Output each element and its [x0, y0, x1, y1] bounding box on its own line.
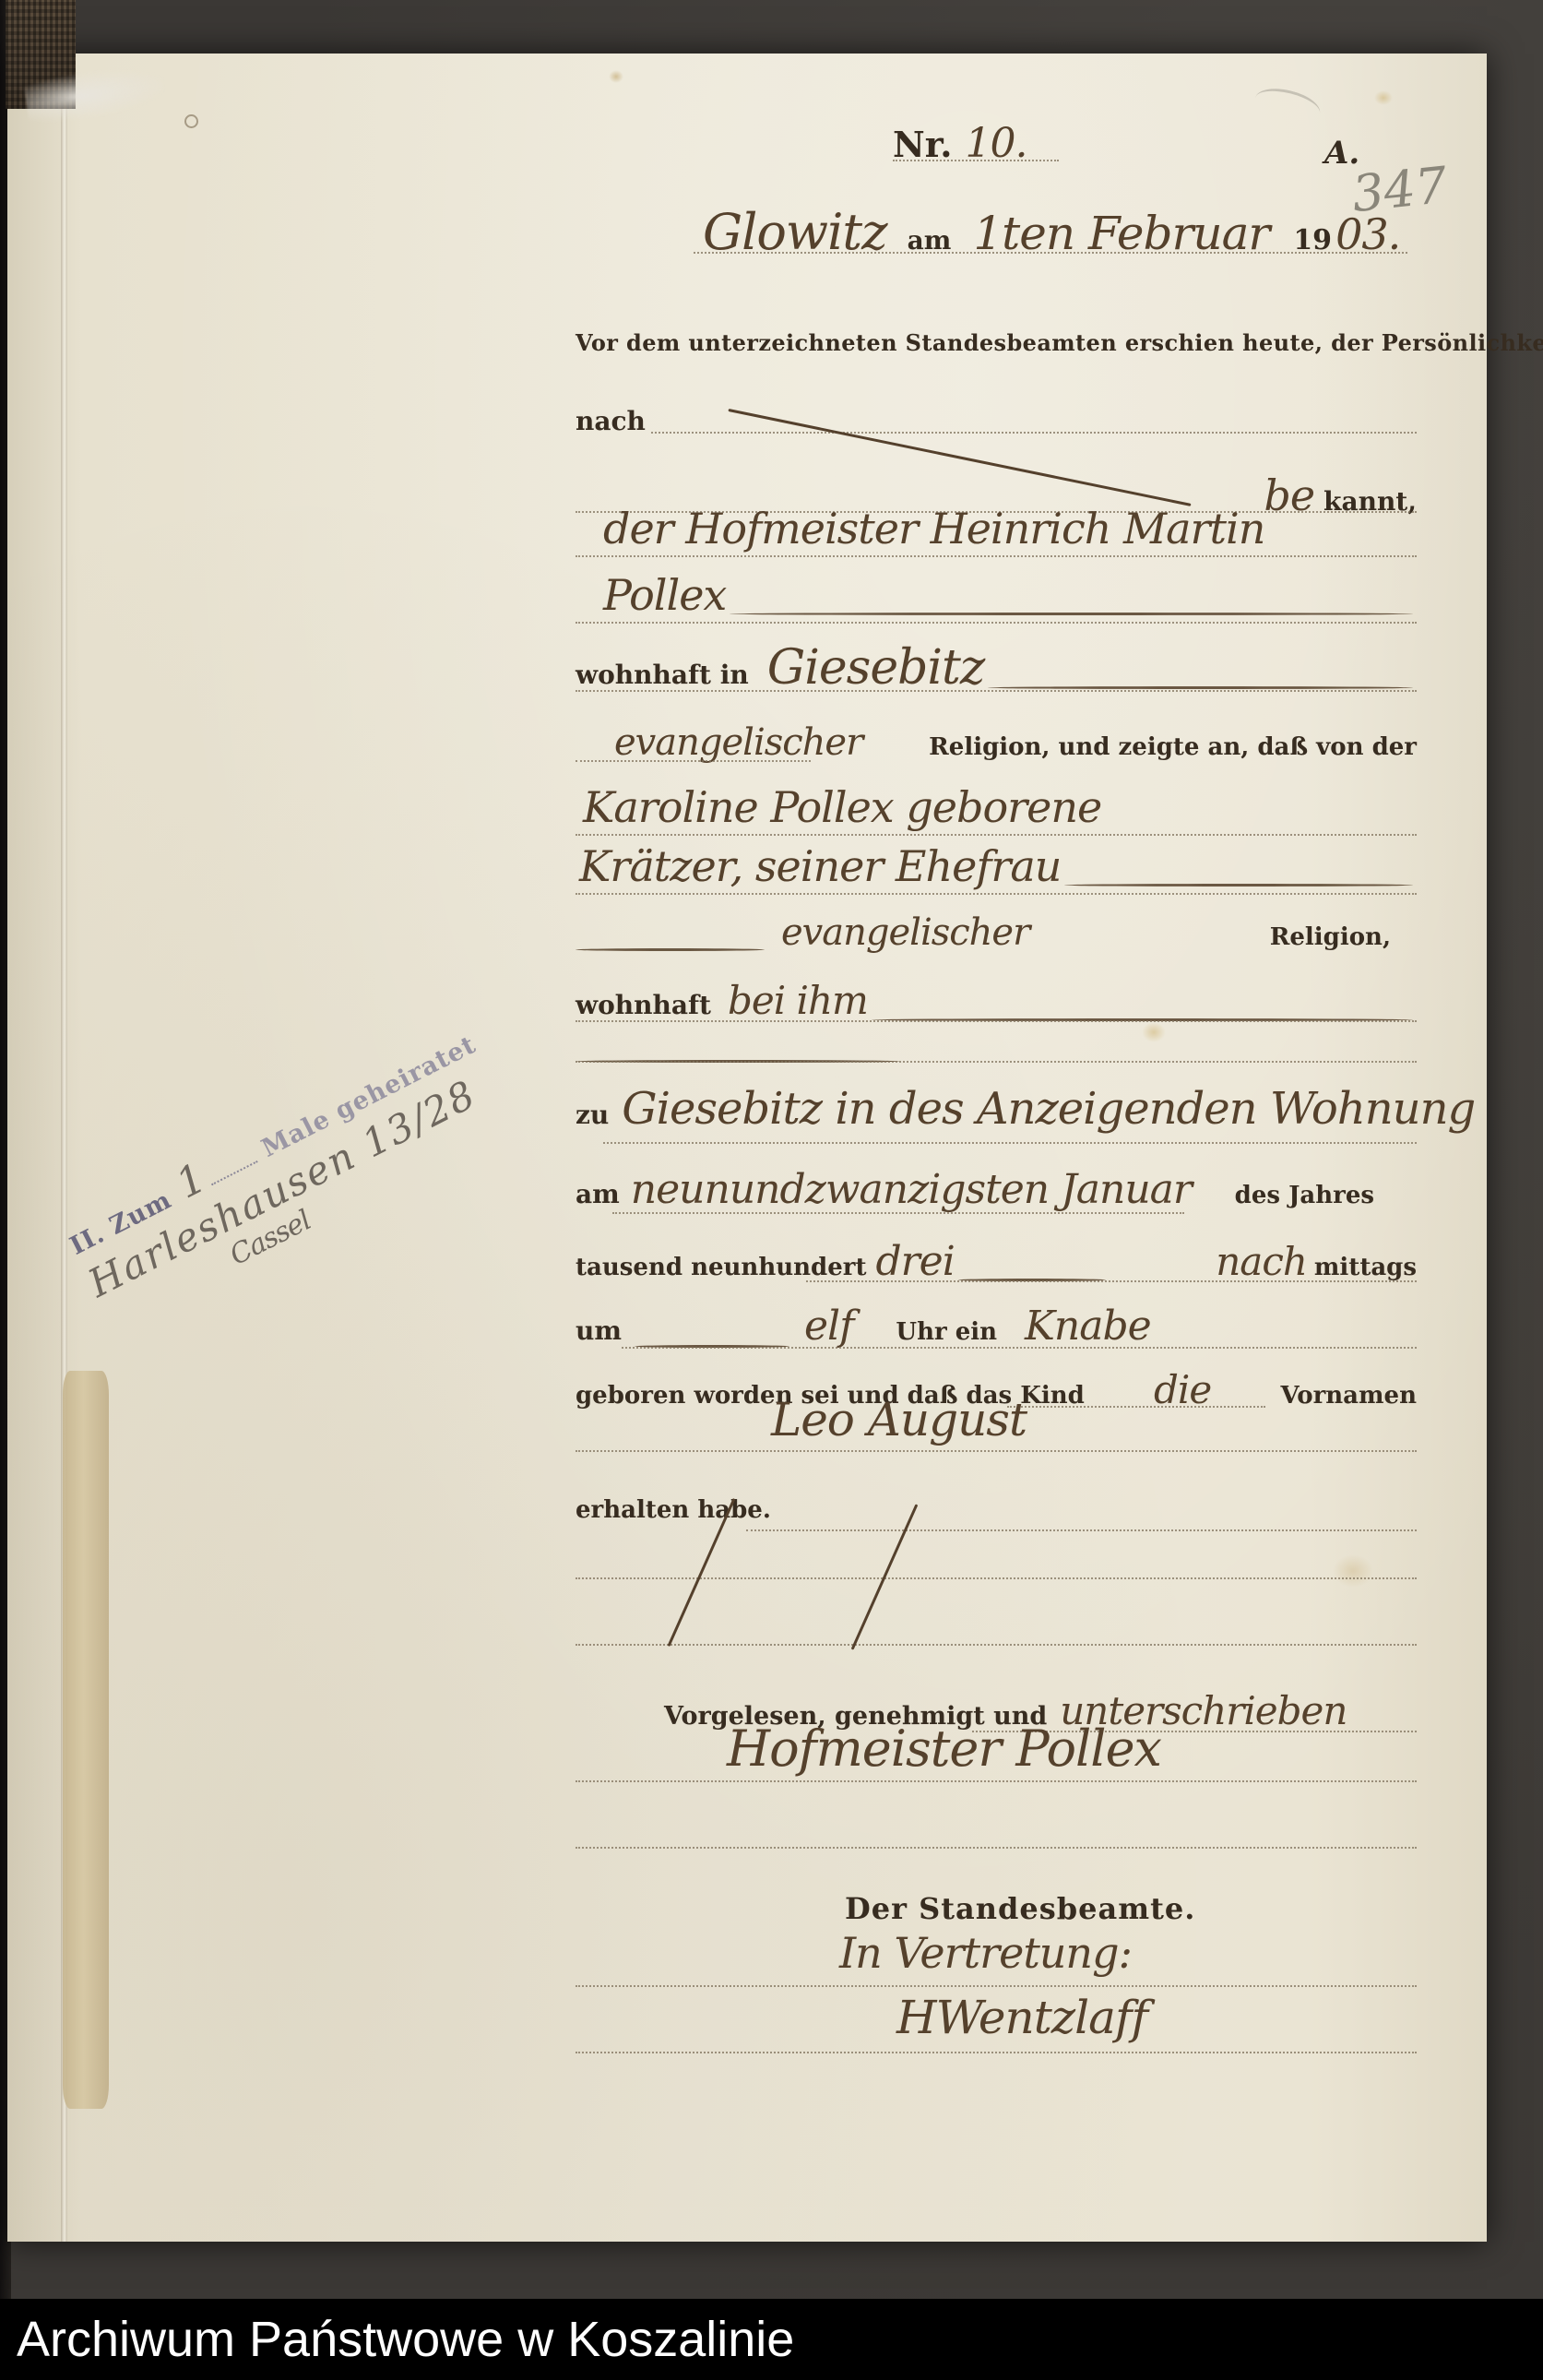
archive-scan-photo: { "archive_bar": { "title": "Archiwum Pa… [0, 0, 1543, 2380]
in-vertretung-text: In Vertretung: [839, 1928, 1132, 1978]
religion-father-value: evangelischer [614, 721, 862, 764]
stamp-times-value: 1 [169, 1155, 212, 1208]
dotted-line [576, 555, 1417, 557]
religion-father-printed: Religion, und zeigte an, daß von der [929, 733, 1417, 761]
dotted-line [612, 1212, 1184, 1214]
mittags-label: mittags [1314, 1254, 1417, 1281]
line-empty-2 [576, 1629, 1417, 1646]
stain [609, 70, 623, 83]
line-birth-year: tausend neunhundert drei nach mittags [576, 1238, 1417, 1290]
line-empty-3 [576, 1832, 1417, 1849]
child-name-value: Leo August [771, 1393, 1027, 1446]
margin-note-place-line: Harleshausen 13/28 [81, 1031, 562, 1306]
line-registrar-signature: HWentzlaff [576, 1991, 1417, 2053]
dotted-line [746, 1529, 1417, 1531]
dotted-line [576, 834, 1417, 836]
dotted-line [893, 160, 1059, 161]
line-in-vertretung: In Vertretung: [576, 1928, 1417, 1987]
religion-mother-value: evangelischer [781, 911, 1029, 954]
birth-hour-value: elf [804, 1303, 853, 1350]
birth-day-value: neunundzwanzigsten Januar [631, 1166, 1192, 1213]
wohnhaft-in-label: wohnhaft in [576, 660, 749, 690]
line-religion-father: evangelischer Religion, und zeigte an, d… [576, 721, 1417, 768]
mother-name-1: Karoline Pollex geborene [583, 782, 1101, 832]
line-residence-mother: wohnhaft bei ihm [576, 978, 1417, 1029]
dotted-line [651, 432, 1417, 434]
dotted-line [576, 1847, 1417, 1849]
paper-hole [184, 114, 198, 128]
line-birth-day: am neunundzwanzigsten Januar des Jahres [576, 1166, 1417, 1221]
standesbeamte-text: Der Standesbeamte. [845, 1891, 1195, 1926]
wohnhaft-label: wohnhaft [576, 990, 711, 1020]
pen-line [988, 686, 1413, 689]
residence-value: Giesebitz [767, 640, 985, 696]
registrar-signature: HWentzlaff [896, 1991, 1147, 2044]
declarant-name-2: Pollex [603, 570, 726, 620]
place-date-line: Glowitz am 1ten Februar 19 03. [576, 203, 1417, 261]
dotted-line [576, 760, 811, 762]
birth-year-value: drei [875, 1238, 954, 1285]
dotted-line [576, 1020, 1417, 1022]
margin-note: II. Zum 1 Male geheiratet Harleshausen 1… [59, 988, 576, 1335]
line-empty-struck [576, 1042, 1417, 1065]
dotted-line [694, 252, 1407, 254]
dotted-line [603, 1142, 1417, 1144]
pen-line [1064, 884, 1413, 887]
line-mother-1: Karoline Pollex geborene [576, 782, 1417, 836]
record-number-line: Nr. 10. [576, 120, 1417, 167]
archive-caption-text: Archiwum Państwowe w Koszalinie [0, 2299, 794, 2380]
erhalten-text: erhalten habe. [576, 1496, 771, 1524]
dotted-line [576, 1577, 1417, 1579]
line-religion-mother: evangelischer Religion, [576, 911, 1417, 959]
tausend-label: tausend neunhundert [576, 1254, 866, 1281]
declarant-name-1: der Hofmeister Heinrich Martin [603, 504, 1264, 553]
dotted-line [622, 1347, 1417, 1349]
pen-line [730, 613, 1413, 615]
dotted-line [576, 622, 1417, 624]
dotted-line [576, 690, 1417, 692]
am2-label: am [576, 1179, 620, 1209]
intro-text: Vor dem unterzeichneten Standesbeamten e… [576, 329, 1543, 356]
line-birthplace: zu Giesebitz in des Anzeigenden Wohnung [576, 1083, 1417, 1151]
dotted-line [576, 893, 1417, 895]
uhr-ein-label: Uhr ein [896, 1318, 997, 1346]
line-birth-hour: um elf Uhr ein Knabe [576, 1303, 1417, 1356]
des-jahres-label: des Jahres [1235, 1182, 1374, 1209]
line-declarant-signature: Hofmeister Pollex [576, 1720, 1417, 1782]
religion-mother-printed: Religion, [1270, 923, 1391, 951]
um-label: um [576, 1315, 622, 1346]
line-declarant-1: der Hofmeister Heinrich Martin [576, 504, 1417, 557]
child-sex-value: Knabe [1025, 1303, 1151, 1350]
repair-tape-strip [63, 1371, 109, 2109]
birthplace-value: Giesebitz in des Anzeigenden Wohnung [622, 1083, 1475, 1135]
line-child-name: Leo August [576, 1393, 1417, 1452]
daytime-value: nach [1216, 1239, 1307, 1284]
dotted-line [576, 1061, 1417, 1063]
dotted-line [576, 1644, 1417, 1646]
nach-label: nach [576, 406, 646, 436]
mother-name-2: Krätzer, seiner Ehefrau [579, 841, 1061, 891]
pen-line [576, 948, 765, 951]
document-page: Nr. 10. A. 347 Glowitz am 1ten Februar 1… [7, 54, 1487, 2242]
line-nach: nach [576, 406, 1417, 443]
line-mother-2: Krätzer, seiner Ehefrau [576, 841, 1417, 895]
line-declarant-2: Pollex [576, 570, 1417, 624]
line-erhalten: erhalten habe. [576, 1496, 1417, 1541]
archive-caption-bar: Archiwum Państwowe w Koszalinie [0, 2299, 1543, 2380]
line-intro: Vor dem unterzeichneten Standesbeamten e… [576, 329, 1417, 356]
declarant-signature: Hofmeister Pollex [727, 1720, 1161, 1778]
dotted-line [806, 1280, 1417, 1282]
stain [1374, 90, 1393, 105]
residence-mother-value: bei ihm [728, 978, 868, 1023]
line-standesbeamte: Der Standesbeamte. [576, 1891, 1417, 1932]
line-residence: wohnhaft in Giesebitz [576, 640, 1417, 697]
zu-label: zu [576, 1100, 609, 1130]
